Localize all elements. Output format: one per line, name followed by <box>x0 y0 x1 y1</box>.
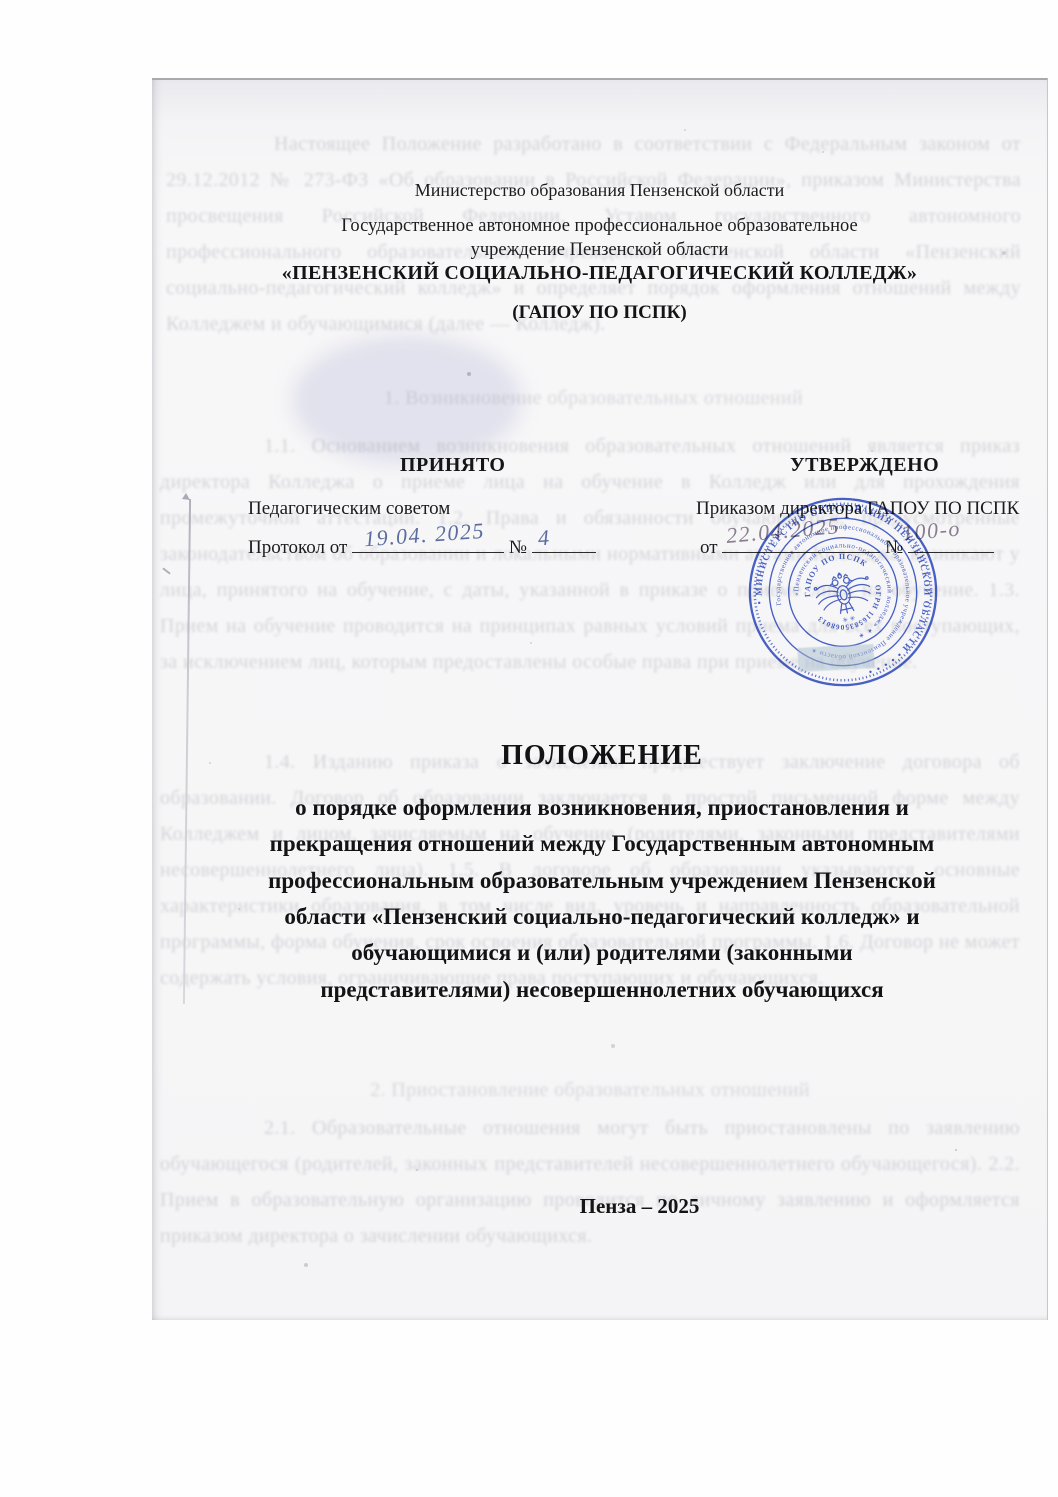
college-abbreviation: (ГАПОУ ПО ПСПК) <box>177 302 1022 324</box>
bleedthrough-heading: 1. Возникновение образовательных отношен… <box>166 380 1021 416</box>
bleedthrough-paragraph: 2.1. Образовательные отношения могут быт… <box>160 1110 1020 1254</box>
svg-text:ОГРН 1165835068013: ОГРН 1165835068013 <box>811 583 891 638</box>
order-prefix: от <box>700 537 718 558</box>
document-title-line: обучающимися и (или) родителями (законны… <box>167 935 1037 972</box>
scanned-document-screenshot: Настоящее Положение разработано в соотве… <box>0 0 1058 1497</box>
scan-noise-specks <box>152 80 154 82</box>
stamp-ogrn-text: ОГРН 1165835068013 <box>811 583 891 638</box>
document-title-line: прекращения отношений между Государствен… <box>167 826 1037 863</box>
document-title-line: профессиональным образовательным учрежде… <box>167 863 1037 900</box>
handwritten-protocol-number: 4 <box>537 525 551 552</box>
document-title-line: области «Пензенский социально-педагогиче… <box>167 899 1037 936</box>
approved-heading: УТВЕРЖДЕНО <box>790 454 939 477</box>
college-name-caps: «ПЕНЗЕНСКИЙ СОЦИАЛЬНО-ПЕДАГОГИЧЕСКИЙ КОЛ… <box>177 262 1022 285</box>
city-year-footer: Пенза – 2025 <box>192 1194 1048 1219</box>
stamp-scan-artifact <box>797 644 874 672</box>
double-headed-eagle-emblem <box>812 567 874 618</box>
document-type-heading: ПОЛОЖЕНИЕ <box>167 740 1037 772</box>
organization-name-line2: учреждение Пензенской области <box>177 240 1022 261</box>
stamp-inner-ring-text: «Пензенский социально-педагогический кол… <box>783 532 903 652</box>
document-title-line: о порядке оформления возникновения, прио… <box>167 790 1037 827</box>
document-title-line: представителями) несовершеннолетних обуч… <box>167 972 1037 1009</box>
ministry-name: Министерство образования Пензенской обла… <box>177 180 1022 201</box>
protocol-prefix: Протокол от <box>248 537 347 558</box>
svg-text:«Пензенский социально-педагоги: «Пензенский социально-педагогический кол… <box>783 532 903 652</box>
document-page: Настоящее Положение разработано в соотве… <box>152 78 1048 1320</box>
accepted-by: Педагогическим советом <box>248 498 450 520</box>
bleedthrough-heading: 2. Приостановление образовательных отнош… <box>160 1072 1020 1108</box>
accepted-heading: ПРИНЯТО <box>400 454 505 477</box>
organization-name-line1: Государственное автономное профессиональ… <box>177 216 1022 237</box>
protocol-no-sign: № <box>509 537 527 558</box>
